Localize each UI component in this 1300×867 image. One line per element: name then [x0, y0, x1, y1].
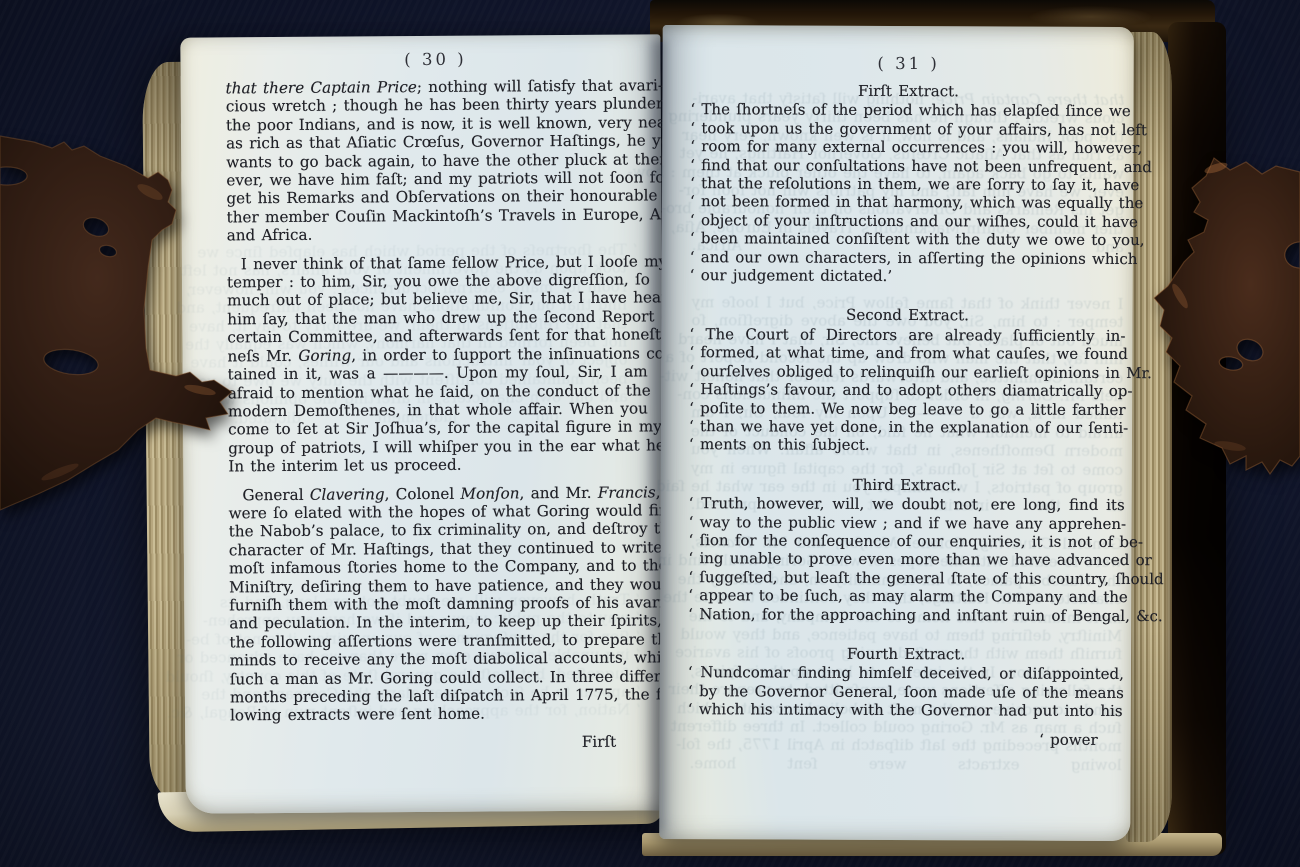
catchword-right: ‘ power [688, 729, 1124, 749]
extract-heading: Third Extract. [689, 475, 1125, 495]
paragraph: that there Captain Price; nothing will ſ… [226, 76, 647, 245]
left-page: ‘ The ſhortneſs of the period which has … [180, 34, 665, 813]
extract-lines: ‘ Nundcomar finding himſelf deceived, or… [688, 663, 1124, 720]
extract-lines: ‘ The ſhortneſs of the period which has … [690, 101, 1127, 287]
extract-heading: Firſt Extract. [690, 81, 1126, 101]
extract-lines: ‘ Truth, however, will, we doubt not, er… [688, 494, 1125, 625]
extract-section: Firſt Extract. ‘ The ſhortneſs of the pe… [690, 81, 1127, 286]
paragraph: I never think of that ſame fellow Price,… [227, 252, 649, 476]
left-page-text-column: that there Captain Price; nothing will ſ… [226, 76, 651, 753]
extract-heading: Second Extract. [689, 306, 1125, 326]
page-number-right: ( 31 ) [691, 53, 1127, 74]
right-page: that there Captain Price; nothing will ſ… [659, 25, 1134, 841]
extract-section: Third Extract. ‘ Truth, however, will, w… [688, 475, 1125, 625]
paragraph: General Clavering, Colonel Monſon, and M… [228, 483, 650, 725]
page-number-left: ( 30 ) [225, 48, 645, 70]
metal-ornament-right [1150, 146, 1300, 486]
photo-of-open-book: ‘ The ſhortneſs of the period which has … [0, 0, 1300, 867]
book-gutter-shadow [645, 40, 671, 832]
right-page-text-column: Firſt Extract. ‘ The ſhortneſs of the pe… [688, 81, 1127, 749]
extract-lines: ‘ The Court of Directors are already ſuf… [689, 325, 1126, 456]
extract-heading: Fourth Extract. [688, 644, 1124, 664]
extract-section: Fourth Extract. ‘ Nundcomar finding himſ… [688, 644, 1124, 721]
catchword-left: Firſt [230, 732, 650, 753]
extract-section: Second Extract. ‘ The Court of Directors… [689, 306, 1126, 456]
metal-ornament-left [0, 122, 240, 522]
